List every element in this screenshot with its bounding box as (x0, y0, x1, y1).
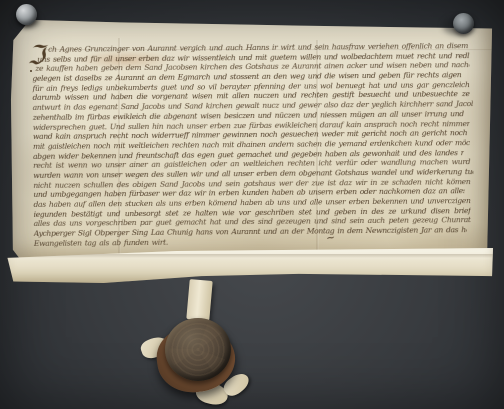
ink-speck (30, 70, 32, 72)
wax-seal (165, 318, 231, 381)
photo-background: ℑ ch Agnes Grunczinger von Aurannt vergi… (0, 0, 504, 409)
pen-flourish: ~ (325, 230, 336, 244)
push-pin-right (453, 13, 474, 34)
illuminated-initial: ℑ (26, 36, 50, 81)
push-pin-left (16, 4, 37, 25)
seal-tag-strip (186, 279, 212, 321)
manuscript-text: ch Agnes Grunczinger von Aurannt vergich… (32, 41, 471, 248)
